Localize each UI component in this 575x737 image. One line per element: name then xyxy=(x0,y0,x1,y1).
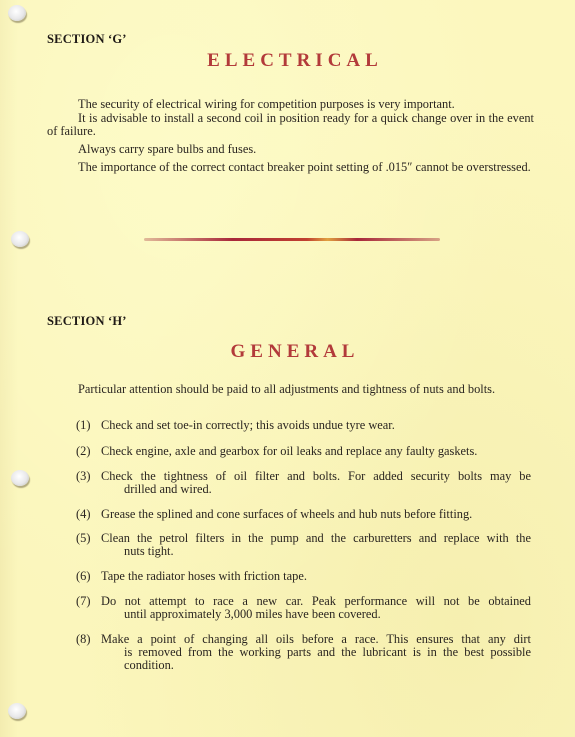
section-h-label: SECTION ‘H’ xyxy=(47,314,127,329)
list-item: (6) Tape the radiator hoses with frictio… xyxy=(76,570,531,583)
item-number: (7) xyxy=(76,595,90,608)
item-number: (8) xyxy=(76,633,90,646)
paragraph: Particular attention should be paid to a… xyxy=(47,383,534,396)
binder-hole-icon xyxy=(11,470,29,486)
item-text-continued: nuts tight. xyxy=(76,545,531,558)
binder-hole-icon xyxy=(8,703,26,719)
list-item: (3) Check the tightness of oil filter an… xyxy=(76,470,531,496)
item-number: (5) xyxy=(76,532,90,545)
paragraph: It is advisable to install a second coil… xyxy=(47,112,534,138)
item-number: (6) xyxy=(76,570,90,583)
list-item: (5) Clean the petrol filters in the pump… xyxy=(76,532,531,558)
list-item: (2) Check engine, axle and gearbox for o… xyxy=(76,445,531,458)
binder-hole-icon xyxy=(8,5,26,21)
item-number: (3) xyxy=(76,470,90,483)
section-g-heading: ELECTRICAL xyxy=(0,50,575,72)
list-item: (1) Check and set toe-in correctly; this… xyxy=(76,419,531,432)
item-number: (1) xyxy=(76,419,90,432)
item-text-continued: is removed from the working parts and th… xyxy=(76,646,531,672)
item-text: Check and set toe-in correctly; this avo… xyxy=(76,419,531,432)
document-page: SECTION ‘G’ ELECTRICAL The security of e… xyxy=(0,0,575,737)
item-text-continued: until approximately 3,000 miles have bee… xyxy=(76,608,531,621)
item-text-continued: drilled and wired. xyxy=(76,483,531,496)
item-text: Tape the radiator hoses with friction ta… xyxy=(76,570,531,583)
paragraph: Always carry spare bulbs and fuses. xyxy=(47,143,534,156)
section-g-body: The security of electrical wiring for co… xyxy=(47,98,534,174)
paragraph: The security of electrical wiring for co… xyxy=(47,98,534,111)
section-divider xyxy=(144,238,440,241)
item-text: Check engine, axle and gearbox for oil l… xyxy=(76,445,531,458)
list-item: (7) Do not attempt to race a new car. Pe… xyxy=(76,595,531,621)
list-item: (4) Grease the splined and cone surfaces… xyxy=(76,508,531,521)
paragraph: The importance of the correct contact br… xyxy=(47,161,534,174)
item-text: Grease the splined and cone surfaces of … xyxy=(76,508,531,521)
section-g-label: SECTION ‘G’ xyxy=(47,32,127,47)
section-h-heading: GENERAL xyxy=(0,341,575,363)
item-number: (2) xyxy=(76,445,90,458)
section-h-intro: Particular attention should be paid to a… xyxy=(47,383,534,396)
item-number: (4) xyxy=(76,508,90,521)
binder-hole-icon xyxy=(11,231,29,247)
list-item: (8) Make a point of changing all oils be… xyxy=(76,633,531,672)
